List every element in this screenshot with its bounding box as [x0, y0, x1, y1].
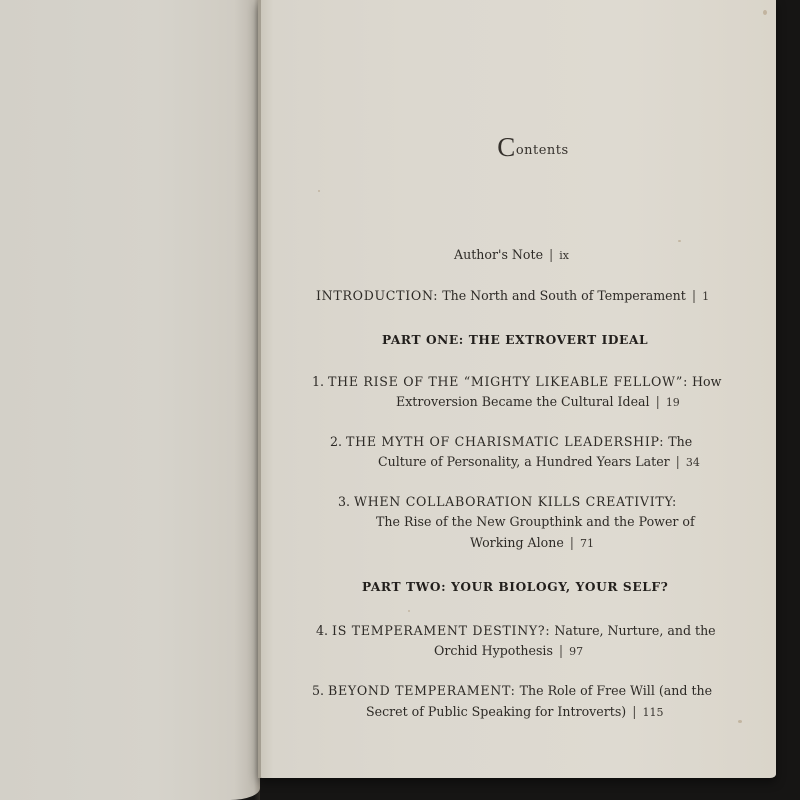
left-page-blank: [0, 0, 260, 800]
chapter-subtitle: Culture of Personality, a Hundred Years …: [378, 454, 670, 469]
chapter-subtitle: Secret of Public Speaking for Introverts…: [366, 704, 626, 719]
entry-page-number: ix: [559, 249, 569, 262]
toc-entry-chapter-3-line3: Working Alone|71: [470, 533, 594, 554]
page-title: Contents: [258, 132, 800, 163]
part-heading-one: PART ONE: THE EXTROVERT IDEAL: [382, 333, 648, 347]
right-page-contents: Contents Author's Note|ix INTRODUCTION: …: [258, 0, 776, 778]
entry-separator: |: [553, 643, 569, 658]
entry-page-number: 1: [702, 290, 709, 303]
chapter-number: 1.: [312, 374, 324, 389]
chapter-number: 5.: [312, 683, 324, 698]
title-initial: C: [497, 132, 516, 162]
toc-entry-chapter-3-line2: The Rise of the New Groupthink and the P…: [376, 512, 695, 532]
entry-separator: |: [650, 394, 666, 409]
toc-entry-authors-note: Author's Note|ix: [454, 245, 569, 266]
entry-separator: |: [543, 247, 559, 262]
toc-entry-chapter-5: 5. BEYOND TEMPERAMENT: The Role of Free …: [312, 681, 712, 701]
toc-entry-introduction: INTRODUCTION: The North and South of Tem…: [316, 286, 709, 307]
toc-entry-chapter-4: 4. IS TEMPERAMENT DESTINY?: Nature, Nurt…: [316, 621, 716, 641]
entry-label: Author's Note: [454, 247, 543, 262]
chapter-title-tail: How: [692, 374, 721, 389]
chapter-number: 4.: [316, 623, 328, 638]
entry-page-number: 115: [642, 706, 663, 719]
chapter-title-tail: The Role of Free Will (and the: [520, 683, 712, 698]
chapter-title-tail: Nature, Nurture, and the: [554, 623, 715, 638]
chapter-subtitle: Extroversion Became the Cultural Ideal: [396, 394, 650, 409]
chapter-number: 3.: [338, 494, 350, 509]
entry-separator: |: [626, 704, 642, 719]
table-of-contents: Contents Author's Note|ix INTRODUCTION: …: [258, 0, 776, 778]
chapter-title-caps: IS TEMPERAMENT DESTINY?:: [332, 623, 550, 638]
entry-page-number: 19: [666, 396, 680, 409]
toc-entry-chapter-2: 2. THE MYTH OF CHARISMATIC LEADERSHIP: T…: [330, 432, 692, 452]
chapter-title-caps: THE MYTH OF CHARISMATIC LEADERSHIP:: [346, 434, 664, 449]
toc-entry-chapter-1-line2: Extroversion Became the Cultural Ideal|1…: [396, 392, 680, 413]
entry-separator: |: [564, 535, 580, 550]
toc-entry-chapter-3: 3. WHEN COLLABORATION KILLS CREATIVITY:: [338, 492, 677, 512]
chapter-number: 2.: [330, 434, 342, 449]
chapter-title-caps: BEYOND TEMPERAMENT:: [328, 683, 516, 698]
toc-entry-chapter-5-line2: Secret of Public Speaking for Introverts…: [366, 702, 663, 723]
chapter-title-caps: WHEN COLLABORATION KILLS CREATIVITY:: [354, 494, 677, 509]
title-rest: ontents: [516, 143, 569, 158]
entry-separator: |: [686, 288, 702, 303]
entry-label-caps: INTRODUCTION:: [316, 288, 438, 303]
entry-page-number: 97: [569, 645, 583, 658]
chapter-title-caps: THE RISE OF THE “MIGHTY LIKEABLE FELLOW”…: [328, 374, 688, 389]
chapter-subtitle: Orchid Hypothesis: [434, 643, 553, 658]
entry-separator: |: [670, 454, 686, 469]
book-photo: Contents Author's Note|ix INTRODUCTION: …: [0, 0, 800, 800]
part-heading-two: PART TWO: YOUR BIOLOGY, YOUR SELF?: [362, 580, 668, 594]
entry-page-number: 34: [686, 456, 700, 469]
entry-label: The North and South of Temperament: [442, 288, 686, 303]
chapter-title-tail: The: [668, 434, 692, 449]
chapter-subtitle-end: Working Alone: [470, 535, 564, 550]
toc-entry-chapter-2-line2: Culture of Personality, a Hundred Years …: [378, 452, 700, 473]
chapter-subtitle: The Rise of the New Groupthink and the P…: [376, 514, 695, 529]
entry-page-number: 71: [580, 537, 594, 550]
toc-entry-chapter-4-line2: Orchid Hypothesis|97: [434, 641, 583, 662]
toc-entry-chapter-1: 1. THE RISE OF THE “MIGHTY LIKEABLE FELL…: [312, 372, 721, 392]
